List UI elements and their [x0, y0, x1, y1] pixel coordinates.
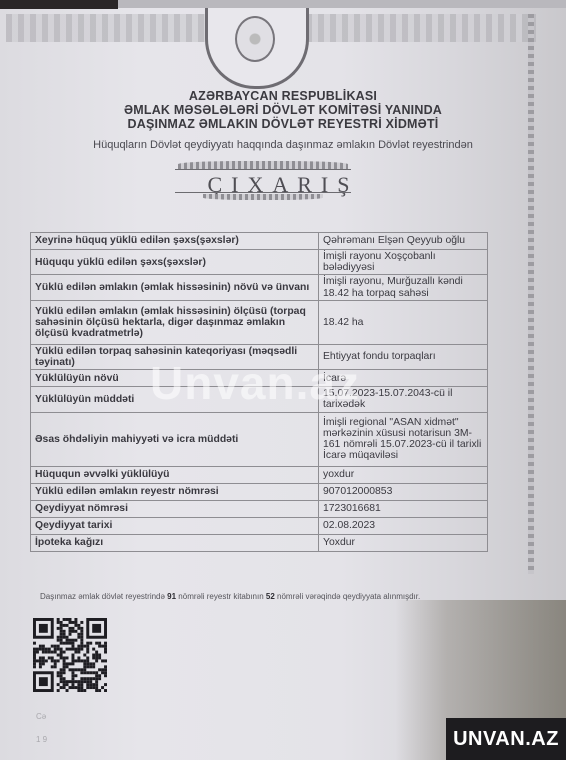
title-rule-top — [175, 169, 351, 170]
faint-text: Cə — [36, 712, 46, 721]
row-label: İpoteka kağızı — [31, 534, 319, 551]
footer-text: Daşınmaz əmlak dövlət reyestrində — [40, 592, 167, 601]
document-photo: AZƏRBAYCAN RESPUBLİKASI ƏMLAK MƏSƏLƏLƏRİ… — [0, 0, 566, 760]
table-row: Hüququ yüklü edilən şəxs(şəxslər)İmişli … — [31, 250, 488, 275]
row-label: Yüklü edilən əmlakın (əmlak hissəsinin) … — [31, 275, 319, 300]
table-row: Qeydiyyat tarixi02.08.2023 — [31, 517, 488, 534]
row-label: Yüklü edilən əmlakın reyestr nömrəsi — [31, 483, 319, 500]
page-number: 52 — [266, 592, 275, 601]
background-object — [0, 0, 118, 9]
row-label: Əsas öhdəliyin mahiyyəti və icra müddəti — [31, 412, 319, 466]
document-subtitle: Hüquqların Dövlət qeydiyyatı haqqında da… — [0, 139, 566, 151]
row-value: 18.42 ha — [319, 300, 488, 344]
row-label: Yüklü edilən əmlakın (əmlak hissəsinin) … — [31, 300, 319, 344]
row-label: Qeydiyyat tarixi — [31, 517, 319, 534]
table-row: Hüququn əvvəlki yüklülüyüyoxdur — [31, 466, 488, 483]
registry-footer: Daşınmaz əmlak dövlət reyestrində 91 nöm… — [40, 592, 420, 601]
table-row: Yüklü edilən əmlakın reyestr nömrəsi9070… — [31, 483, 488, 500]
watermark: Unvan.az — [150, 356, 360, 410]
table-row: Qeydiyyat nömrəsi1723016681 — [31, 500, 488, 517]
row-value: Qəhrəmanı Elşən Qeyyub oğlu — [319, 233, 488, 250]
row-label: Xeyrinə hüquq yüklü edilən şəxs(şəxslər) — [31, 233, 319, 250]
row-label: Hüququn əvvəlki yüklülüyü — [31, 466, 319, 483]
table-row: Xeyrinə hüquq yüklü edilən şəxs(şəxslər)… — [31, 233, 488, 250]
title-ornament-bottom — [203, 194, 323, 200]
row-value: İmişli rayonu, Murğuzallı kəndi 18.42 ha… — [319, 275, 488, 300]
footer-text: nömrəli reyestr kitabının — [176, 592, 266, 601]
row-value: 907012000853 — [319, 483, 488, 500]
title-rule-bottom — [175, 192, 351, 193]
state-emblem-icon — [235, 16, 275, 62]
title-ornament-top — [178, 161, 348, 169]
table-row: İpoteka kağızıYoxdur — [31, 534, 488, 551]
book-number: 91 — [167, 592, 176, 601]
row-value: İmişli regional "ASAN xidmət" mərkəzinin… — [319, 412, 488, 466]
faint-text: 1 9 — [36, 735, 47, 744]
header-committee: ƏMLAK MƏSƏLƏLƏRİ DÖVLƏT KOMİTƏSİ YANINDA — [0, 103, 566, 117]
row-value: Yoxdur — [319, 534, 488, 551]
qr-code[interactable] — [33, 617, 107, 693]
header-country: AZƏRBAYCAN RESPUBLİKASI — [0, 89, 566, 103]
row-label: Qeydiyyat nömrəsi — [31, 500, 319, 517]
table-row: Əsas öhdəliyin mahiyyəti və icra müddəti… — [31, 412, 488, 466]
site-badge: UNVAN.AZ — [446, 718, 566, 760]
row-value: yoxdur — [319, 466, 488, 483]
header-service: DAŞINMAZ ƏMLAKIN DÖVLƏT REYESTRİ XİDMƏTİ — [0, 117, 566, 131]
row-value: 1723016681 — [319, 500, 488, 517]
row-value: 02.08.2023 — [319, 517, 488, 534]
table-row: Yüklü edilən əmlakın (əmlak hissəsinin) … — [31, 275, 488, 300]
row-label: Hüququ yüklü edilən şəxs(şəxslər) — [31, 250, 319, 275]
row-value: İmişli rayonu Xoşçobanlı bələdiyyəsi — [319, 250, 488, 275]
table-row: Yüklü edilən əmlakın (əmlak hissəsinin) … — [31, 300, 488, 344]
